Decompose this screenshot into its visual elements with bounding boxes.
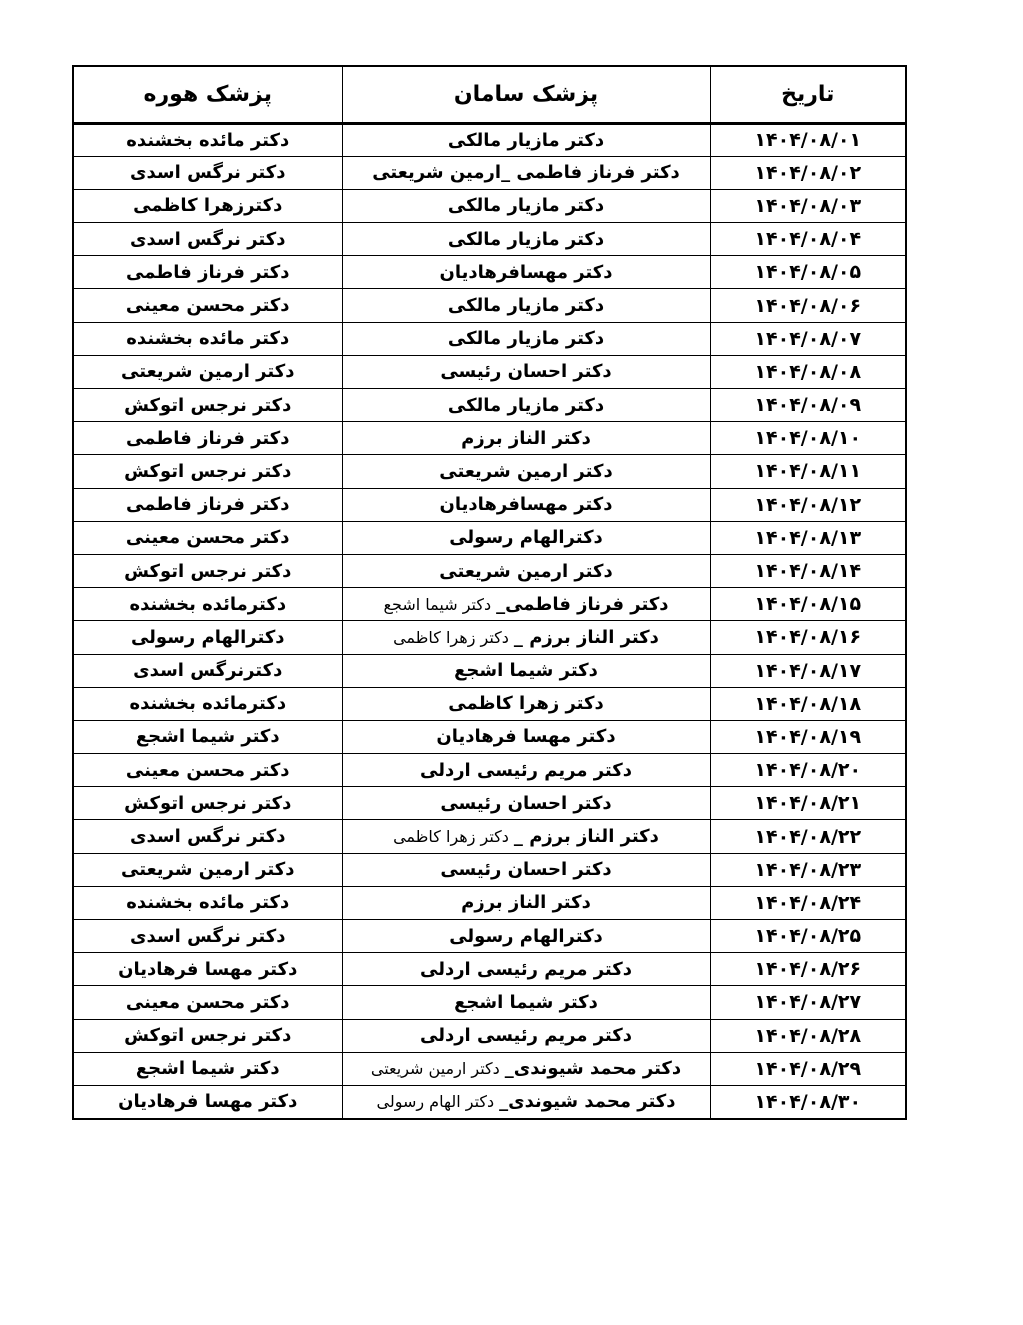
doctor-name: دکتر فرناز فاطمی_	[496, 594, 668, 615]
hoore-doctor-cell: دکتر نرجس اتوکش	[73, 389, 342, 422]
header-saman-doctor: پزشک سامان	[342, 66, 710, 123]
saman-doctor-cell: دکتر محمد شیوندی_دکتر ارمین شریعتی	[342, 1052, 710, 1085]
table-row: ۱۴۰۴/۰۸/۲۰دکتر مریم رئیسی اردلیدکتر محسن…	[73, 754, 906, 787]
table-row: ۱۴۰۴/۰۸/۰۲دکتر فرناز فاطمی _ارمین شریعتی…	[73, 156, 906, 189]
hoore-doctor-cell: دکتر محسن معینی	[73, 289, 342, 322]
table-row: ۱۴۰۴/۰۸/۲۸دکتر مریم رئیسی اردلیدکتر نرجس…	[73, 1019, 906, 1052]
table-row: ۱۴۰۴/۰۸/۲۳دکتر احسان رئیسیدکتر ارمین شری…	[73, 853, 906, 886]
hoore-doctor-cell: دکترالهام رسولی	[73, 621, 342, 654]
hoore-doctor-cell: دکترمائده بخشنده	[73, 588, 342, 621]
table-row: ۱۴۰۴/۰۸/۱۴دکتر ارمین شریعتیدکتر نرجس اتو…	[73, 554, 906, 587]
table-row: ۱۴۰۴/۰۸/۱۸دکتر زهرا کاظمیدکترمائده بخشند…	[73, 687, 906, 720]
table-row: ۱۴۰۴/۰۸/۱۷دکتر شیما اشجعدکترنرگس اسدی	[73, 654, 906, 687]
doctor-name: دکتر مریم رئیسی اردلی	[420, 1025, 632, 1046]
saman-doctor-cell: دکتر مریم رئیسی اردلی	[342, 953, 710, 986]
table-row: ۱۴۰۴/۰۸/۱۵دکتر فرناز فاطمی_دکتر شیما اشج…	[73, 588, 906, 621]
saman-doctor-cell: دکتر مهسافرهادیان	[342, 256, 710, 289]
saman-doctor-cell: دکتر الناز برزم	[342, 422, 710, 455]
date-cell: ۱۴۰۴/۰۸/۲۲	[710, 820, 906, 853]
date-cell: ۱۴۰۴/۰۸/۰۲	[710, 156, 906, 189]
hoore-doctor-cell: دکتر محسن معینی	[73, 754, 342, 787]
doctor-name: دکتر مازیار مالکی	[448, 328, 604, 349]
saman-doctor-cell: دکتر الناز برزم _دکتر زهرا کاظمی	[342, 621, 710, 654]
date-cell: ۱۴۰۴/۰۸/۲۴	[710, 886, 906, 919]
date-cell: ۱۴۰۴/۰۸/۳۰	[710, 1085, 906, 1118]
doctor-name: دکتر زهرا کاظمی	[393, 628, 509, 647]
hoore-doctor-cell: دکتر نرجس اتوکش	[73, 455, 342, 488]
hoore-doctor-cell: دکترمائده بخشنده	[73, 687, 342, 720]
hoore-doctor-cell: دکتر نرجس اتوکش	[73, 554, 342, 587]
table-row: ۱۴۰۴/۰۸/۲۱دکتر احسان رئیسیدکتر نرجس اتوک…	[73, 787, 906, 820]
doctor-name: دکتر مهسافرهادیان	[440, 262, 613, 283]
doctor-name: دکتر ارمین شریعتی	[439, 561, 612, 582]
hoore-doctor-cell: دکتر مائده بخشنده	[73, 886, 342, 919]
doctor-name: دکتر محمد شیوندی_	[499, 1091, 675, 1112]
saman-doctor-cell: دکتر احسان رئیسی	[342, 787, 710, 820]
doctor-name: دکتر مریم رئیسی اردلی	[420, 760, 632, 781]
saman-doctor-cell: دکتر مهسافرهادیان	[342, 488, 710, 521]
hoore-doctor-cell: دکتر مهسا فرهادیان	[73, 953, 342, 986]
doctor-name: دکتر فرناز فاطمی _ارمین شریعتی	[372, 162, 680, 183]
saman-doctor-cell: دکتر مریم رئیسی اردلی	[342, 1019, 710, 1052]
doctor-name: دکتر الناز برزم	[461, 428, 591, 449]
hoore-doctor-cell: دکتر نرگس اسدی	[73, 820, 342, 853]
doctor-name: دکتر ارمین شریعتی	[371, 1059, 500, 1078]
doctor-name: دکتر مهسافرهادیان	[440, 494, 613, 515]
date-cell: ۱۴۰۴/۰۸/۲۸	[710, 1019, 906, 1052]
doctor-name: دکتر احسان رئیسی	[440, 793, 611, 814]
date-cell: ۱۴۰۴/۰۸/۰۸	[710, 355, 906, 388]
doctor-name: دکتر مهسا فرهادیان	[436, 726, 615, 747]
document-page: تاریخ پزشک سامان پزشک هوره ۱۴۰۴/۰۸/۰۱دکت…	[0, 0, 1023, 1325]
hoore-doctor-cell: دکتر نرجس اتوکش	[73, 1019, 342, 1052]
doctor-name: دکتر زهرا کاظمی	[448, 693, 603, 714]
doctor-name: دکتر احسان رئیسی	[440, 859, 611, 880]
date-cell: ۱۴۰۴/۰۸/۰۴	[710, 223, 906, 256]
saman-doctor-cell: دکتر مازیار مالکی	[342, 389, 710, 422]
table-row: ۱۴۰۴/۰۸/۲۵دکترالهام رسولیدکتر نرگس اسدی	[73, 920, 906, 953]
doctor-name: دکتر مریم رئیسی اردلی	[420, 959, 632, 980]
hoore-doctor-cell: دکتر فرناز فاطمی	[73, 256, 342, 289]
doctor-name: دکتر الناز برزم	[461, 892, 591, 913]
doctor-name: دکتر ارمین شریعتی	[439, 461, 612, 482]
table-row: ۱۴۰۴/۰۸/۰۱دکتر مازیار مالکیدکتر مائده بخ…	[73, 123, 906, 156]
table-row: ۱۴۰۴/۰۸/۲۹دکتر محمد شیوندی_دکتر ارمین شر…	[73, 1052, 906, 1085]
hoore-doctor-cell: دکتر محسن معینی	[73, 521, 342, 554]
date-cell: ۱۴۰۴/۰۸/۱۷	[710, 654, 906, 687]
date-cell: ۱۴۰۴/۰۸/۰۶	[710, 289, 906, 322]
hoore-doctor-cell: دکتر ارمین شریعتی	[73, 355, 342, 388]
date-cell: ۱۴۰۴/۰۸/۱۸	[710, 687, 906, 720]
date-cell: ۱۴۰۴/۰۸/۲۶	[710, 953, 906, 986]
hoore-doctor-cell: دکتر مائده بخشنده	[73, 322, 342, 355]
table-row: ۱۴۰۴/۰۸/۱۲دکتر مهسافرهادیاندکتر فرناز فا…	[73, 488, 906, 521]
saman-doctor-cell: دکتر ارمین شریعتی	[342, 455, 710, 488]
hoore-doctor-cell: دکتر نرگس اسدی	[73, 156, 342, 189]
doctor-name: دکتر شیما اشجع	[383, 595, 491, 614]
table-row: ۱۴۰۴/۰۸/۱۰دکتر الناز برزمدکتر فرناز فاطم…	[73, 422, 906, 455]
date-cell: ۱۴۰۴/۰۸/۲۳	[710, 853, 906, 886]
hoore-doctor-cell: دکتر نرگس اسدی	[73, 920, 342, 953]
doctor-name: دکترالهام رسولی	[449, 926, 603, 947]
table-row: ۱۴۰۴/۰۸/۰۹دکتر مازیار مالکیدکتر نرجس اتو…	[73, 389, 906, 422]
date-cell: ۱۴۰۴/۰۸/۰۱	[710, 123, 906, 156]
date-cell: ۱۴۰۴/۰۸/۲۵	[710, 920, 906, 953]
header-hoore-doctor: پزشک هوره	[73, 66, 342, 123]
hoore-doctor-cell: دکتر شیما اشجع	[73, 720, 342, 753]
date-cell: ۱۴۰۴/۰۸/۲۹	[710, 1052, 906, 1085]
doctor-name: دکترالهام رسولی	[449, 527, 603, 548]
table-row: ۱۴۰۴/۰۸/۰۵دکتر مهسافرهادیاندکتر فرناز فا…	[73, 256, 906, 289]
doctor-name: دکتر زهرا کاظمی	[393, 827, 509, 846]
table-row: ۱۴۰۴/۰۸/۱۶دکتر الناز برزم _دکتر زهرا کاظ…	[73, 621, 906, 654]
schedule-rows: ۱۴۰۴/۰۸/۰۱دکتر مازیار مالکیدکتر مائده بخ…	[73, 123, 906, 1119]
header-date: تاریخ	[710, 66, 906, 123]
hoore-doctor-cell: دکترنرگس اسدی	[73, 654, 342, 687]
saman-doctor-cell: دکتر محمد شیوندی_دکتر الهام رسولی	[342, 1085, 710, 1118]
saman-doctor-cell: دکتر مازیار مالکی	[342, 189, 710, 222]
doctor-name: دکتر شیما اشجع	[454, 660, 598, 681]
saman-doctor-cell: دکتر شیما اشجع	[342, 986, 710, 1019]
table-row: ۱۴۰۴/۰۸/۲۴دکتر الناز برزمدکتر مائده بخشن…	[73, 886, 906, 919]
saman-doctor-cell: دکتر الناز برزم _دکتر زهرا کاظمی	[342, 820, 710, 853]
saman-doctor-cell: دکترالهام رسولی	[342, 920, 710, 953]
table-row: ۱۴۰۴/۰۸/۰۶دکتر مازیار مالکیدکتر محسن معی…	[73, 289, 906, 322]
table-row: ۱۴۰۴/۰۸/۲۲دکتر الناز برزم _دکتر زهرا کاظ…	[73, 820, 906, 853]
hoore-doctor-cell: دکتر مهسا فرهادیان	[73, 1085, 342, 1118]
hoore-doctor-cell: دکتر شیما اشجع	[73, 1052, 342, 1085]
hoore-doctor-cell: دکتر ارمین شریعتی	[73, 853, 342, 886]
saman-doctor-cell: دکتر فرناز فاطمی_دکتر شیما اشجع	[342, 588, 710, 621]
hoore-doctor-cell: دکتر نرجس اتوکش	[73, 787, 342, 820]
saman-doctor-cell: دکتر فرناز فاطمی _ارمین شریعتی	[342, 156, 710, 189]
date-cell: ۱۴۰۴/۰۸/۱۱	[710, 455, 906, 488]
doctor-name: دکتر مازیار مالکی	[448, 295, 604, 316]
date-cell: ۱۴۰۴/۰۸/۱۴	[710, 554, 906, 587]
date-cell: ۱۴۰۴/۰۸/۰۳	[710, 189, 906, 222]
saman-doctor-cell: دکتر مهسا فرهادیان	[342, 720, 710, 753]
doctor-name: دکتر الهام رسولی	[376, 1092, 494, 1111]
saman-doctor-cell: دکتر ارمین شریعتی	[342, 554, 710, 587]
saman-doctor-cell: دکتر الناز برزم	[342, 886, 710, 919]
hoore-doctor-cell: دکتر نرگس اسدی	[73, 223, 342, 256]
date-cell: ۱۴۰۴/۰۸/۱۳	[710, 521, 906, 554]
saman-doctor-cell: دکتر مازیار مالکی	[342, 223, 710, 256]
header-row: تاریخ پزشک سامان پزشک هوره	[73, 66, 906, 123]
date-cell: ۱۴۰۴/۰۸/۱۹	[710, 720, 906, 753]
saman-doctor-cell: دکتر مازیار مالکی	[342, 322, 710, 355]
hoore-doctor-cell: دکتر مائده بخشنده	[73, 123, 342, 156]
table-row: ۱۴۰۴/۰۸/۰۴دکتر مازیار مالکیدکتر نرگس اسد…	[73, 223, 906, 256]
date-cell: ۱۴۰۴/۰۸/۱۲	[710, 488, 906, 521]
saman-doctor-cell: دکتر زهرا کاظمی	[342, 687, 710, 720]
saman-doctor-cell: دکتر احسان رئیسی	[342, 355, 710, 388]
doctor-name: دکتر الناز برزم _	[514, 826, 659, 847]
date-cell: ۱۴۰۴/۰۸/۲۱	[710, 787, 906, 820]
doctor-name: دکتر مازیار مالکی	[448, 130, 604, 151]
doctor-name: دکتر مازیار مالکی	[448, 195, 604, 216]
table-row: ۱۴۰۴/۰۸/۱۳دکترالهام رسولیدکتر محسن معینی	[73, 521, 906, 554]
saman-doctor-cell: دکتر احسان رئیسی	[342, 853, 710, 886]
doctor-name: دکتر شیما اشجع	[454, 992, 598, 1013]
doctor-name: دکتر مازیار مالکی	[448, 395, 604, 416]
table-row: ۱۴۰۴/۰۸/۰۸دکتر احسان رئیسیدکتر ارمین شری…	[73, 355, 906, 388]
table-row: ۱۴۰۴/۰۸/۱۱دکتر ارمین شریعتیدکتر نرجس اتو…	[73, 455, 906, 488]
saman-doctor-cell: دکتر مریم رئیسی اردلی	[342, 754, 710, 787]
table-row: ۱۴۰۴/۰۸/۲۷دکتر شیما اشجعدکتر محسن معینی	[73, 986, 906, 1019]
doctor-name: دکتر مازیار مالکی	[448, 229, 604, 250]
date-cell: ۱۴۰۴/۰۸/۲۷	[710, 986, 906, 1019]
date-cell: ۱۴۰۴/۰۸/۱۵	[710, 588, 906, 621]
schedule-table: تاریخ پزشک سامان پزشک هوره ۱۴۰۴/۰۸/۰۱دکت…	[72, 65, 907, 1120]
date-cell: ۱۴۰۴/۰۸/۰۵	[710, 256, 906, 289]
doctor-name: دکتر الناز برزم _	[514, 627, 659, 648]
table-row: ۱۴۰۴/۰۸/۰۳دکتر مازیار مالکیدکترزهرا کاظم…	[73, 189, 906, 222]
table-row: ۱۴۰۴/۰۸/۳۰دکتر محمد شیوندی_دکتر الهام رس…	[73, 1085, 906, 1118]
date-cell: ۱۴۰۴/۰۸/۱۶	[710, 621, 906, 654]
saman-doctor-cell: دکتر شیما اشجع	[342, 654, 710, 687]
table-row: ۱۴۰۴/۰۸/۲۶دکتر مریم رئیسی اردلیدکتر مهسا…	[73, 953, 906, 986]
table-row: ۱۴۰۴/۰۸/۰۷دکتر مازیار مالکیدکتر مائده بخ…	[73, 322, 906, 355]
doctor-name: دکتر احسان رئیسی	[440, 361, 611, 382]
saman-doctor-cell: دکترالهام رسولی	[342, 521, 710, 554]
hoore-doctor-cell: دکتر فرناز فاطمی	[73, 422, 342, 455]
hoore-doctor-cell: دکتر فرناز فاطمی	[73, 488, 342, 521]
doctor-name: دکتر محمد شیوندی_	[505, 1058, 681, 1079]
date-cell: ۱۴۰۴/۰۸/۰۹	[710, 389, 906, 422]
hoore-doctor-cell: دکترزهرا کاظمی	[73, 189, 342, 222]
date-cell: ۱۴۰۴/۰۸/۰۷	[710, 322, 906, 355]
saman-doctor-cell: دکتر مازیار مالکی	[342, 123, 710, 156]
hoore-doctor-cell: دکتر محسن معینی	[73, 986, 342, 1019]
saman-doctor-cell: دکتر مازیار مالکی	[342, 289, 710, 322]
date-cell: ۱۴۰۴/۰۸/۱۰	[710, 422, 906, 455]
table-row: ۱۴۰۴/۰۸/۱۹دکتر مهسا فرهادیاندکتر شیما اش…	[73, 720, 906, 753]
date-cell: ۱۴۰۴/۰۸/۲۰	[710, 754, 906, 787]
